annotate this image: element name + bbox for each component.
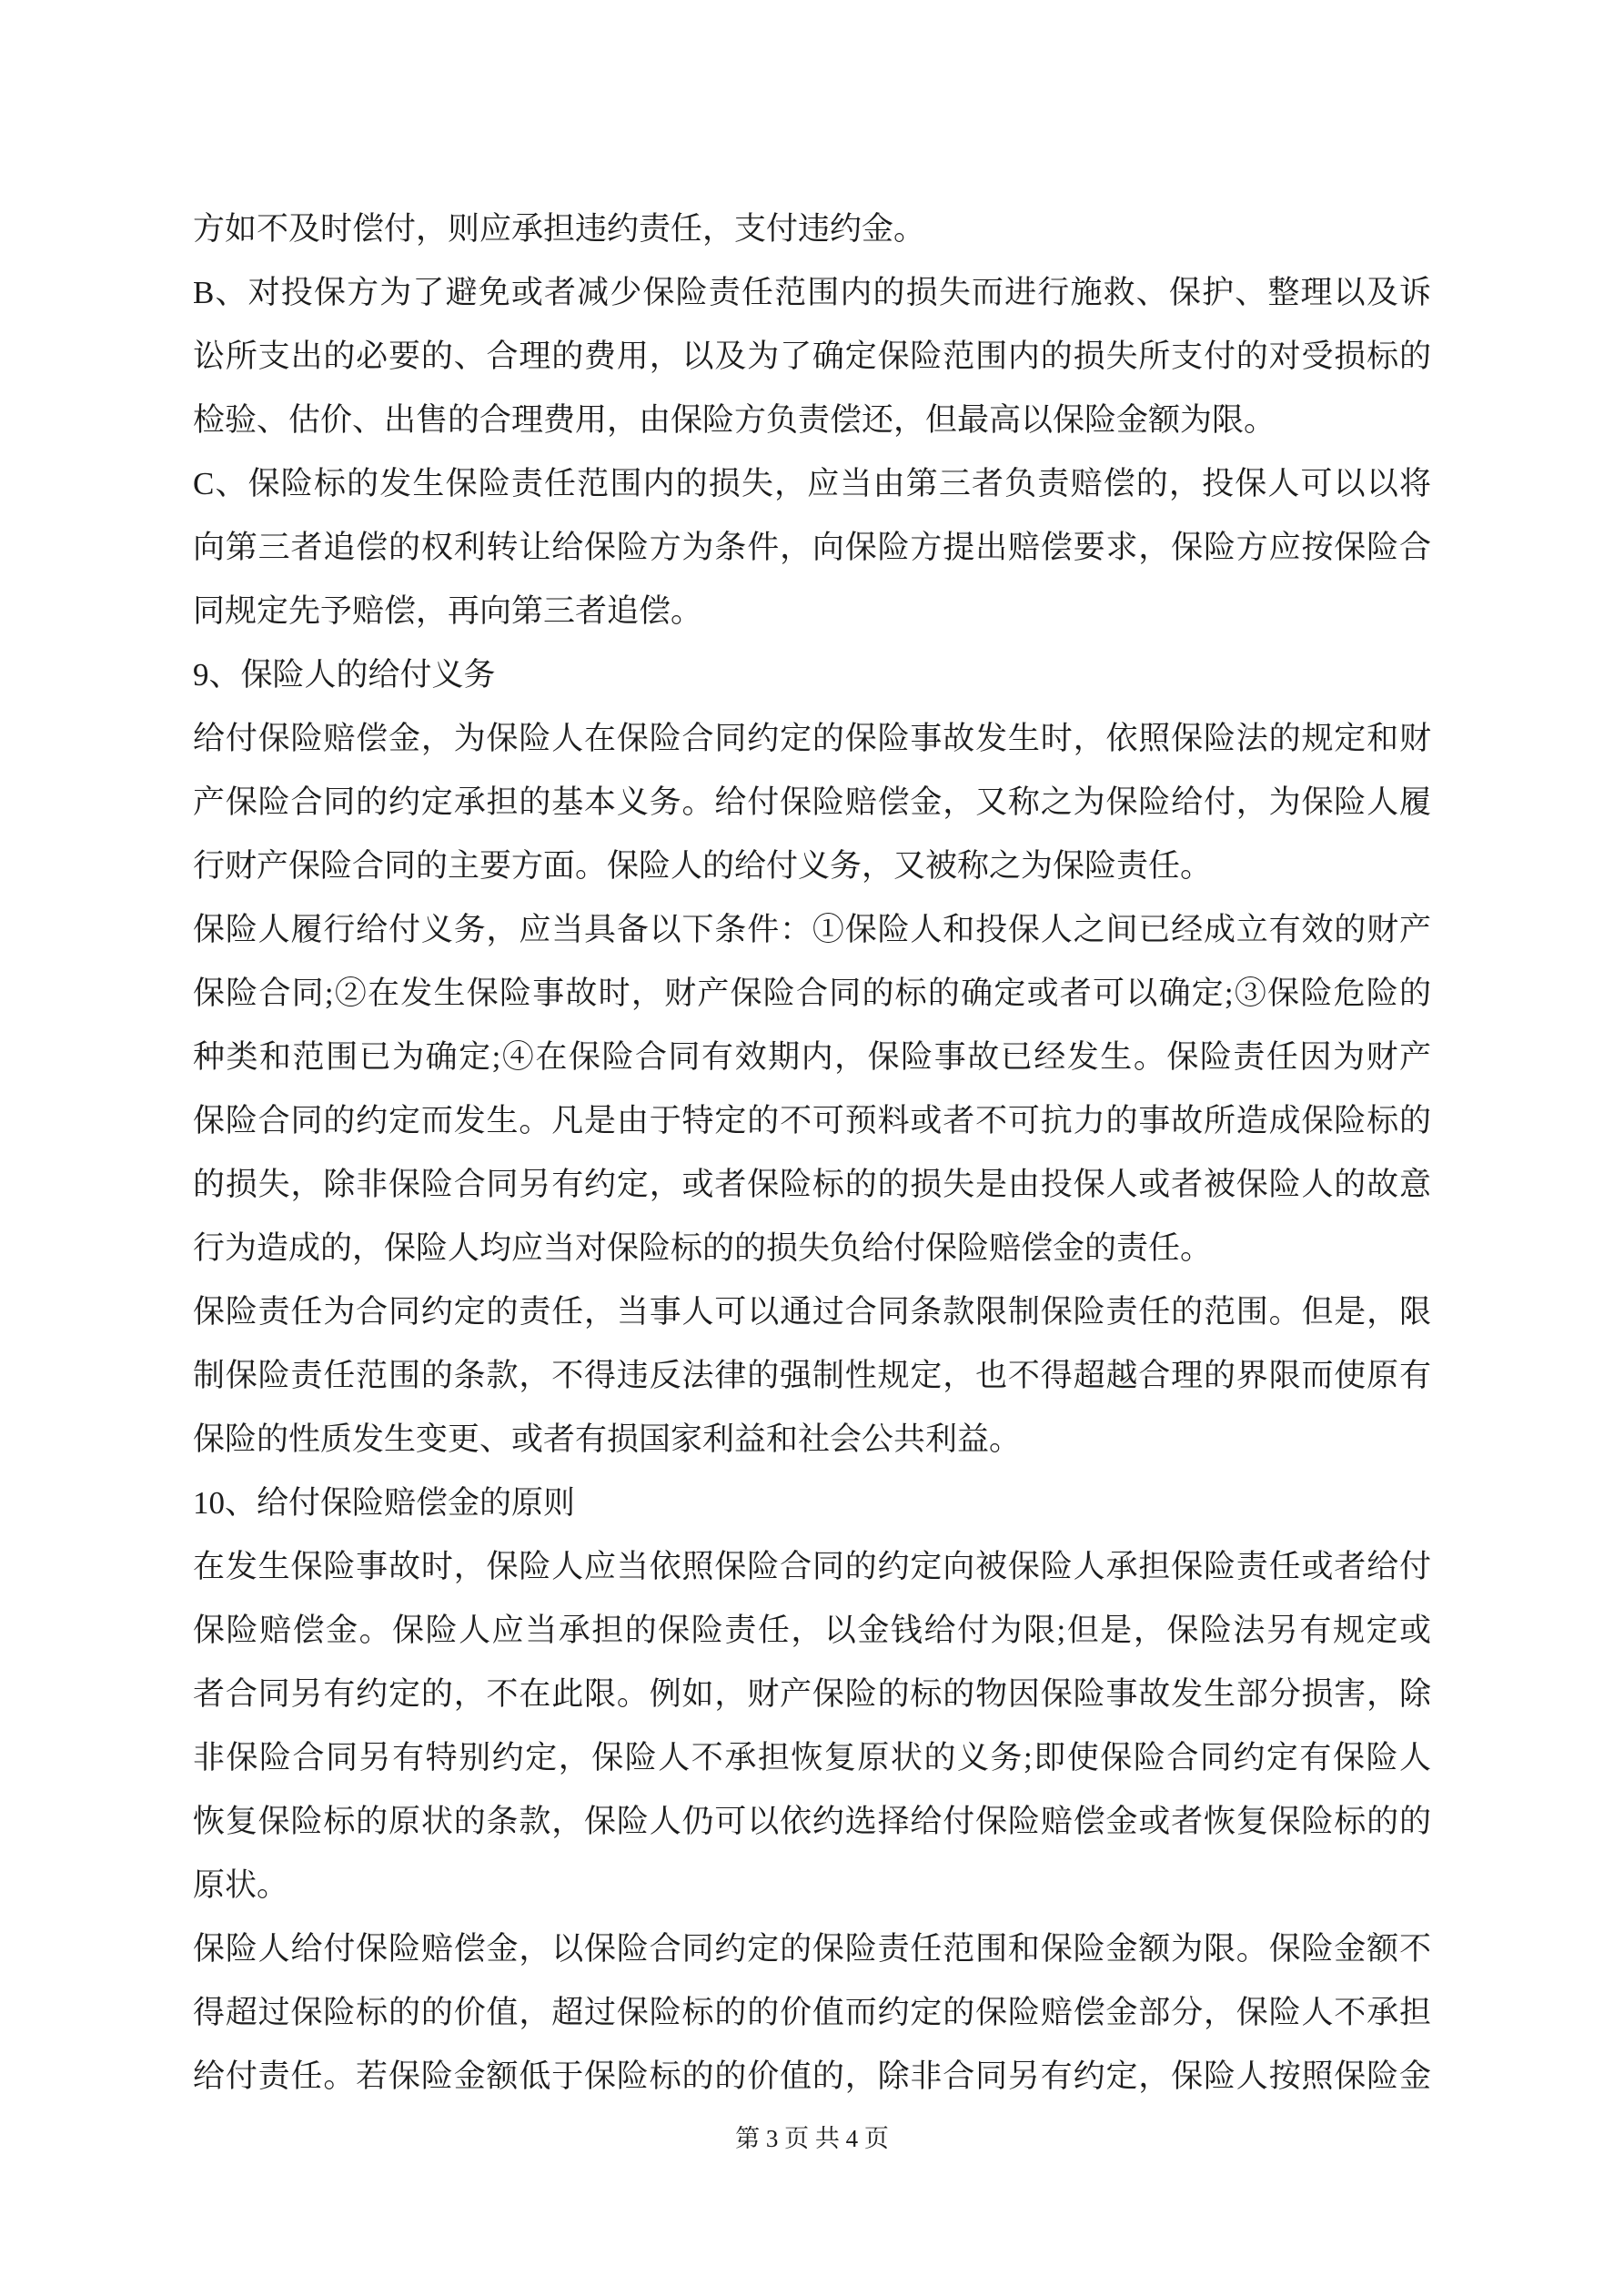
- text-line: C、保险标的发生保险责任范围内的损失，应当由第三者负责赔偿的，投保人可以以将: [193, 452, 1431, 516]
- text-line: 种类和范围已为确定;④在保险合同有效期内，保险事故已经发生。保险责任因为财产: [193, 1026, 1431, 1089]
- text-line: 行为造成的，保险人均应当对保险标的的损失负给付保险赔偿金的责任。: [193, 1217, 1431, 1280]
- text-line: 讼所支出的必要的、合理的费用，以及为了确定保险范围内的损失所支付的对受损标的: [193, 325, 1431, 389]
- text-line: 给付保险赔偿金，为保险人在保险合同约定的保险事故发生时，依照保险法的规定和财: [193, 707, 1431, 771]
- text-line: 9、保险人的给付义务: [193, 643, 1431, 707]
- text-line: 行财产保险合同的主要方面。保险人的给付义务，又被称之为保险责任。: [193, 834, 1431, 898]
- text-line: 保险责任为合同约定的责任，当事人可以通过合同条款限制保险责任的范围。但是，限: [193, 1280, 1431, 1344]
- text-line: 非保险合同另有特别约定，保险人不承担恢复原状的义务;即使保险合同约定有保险人: [193, 1726, 1431, 1790]
- text-line: 同规定先予赔偿，再向第三者追偿。: [193, 580, 1431, 643]
- text-line: 保险人给付保险赔偿金，以保险合同约定的保险责任范围和保险金额为限。保险金额不: [193, 1917, 1431, 1981]
- text-line: 检验、估价、出售的合理费用，由保险方负责偿还，但最高以保险金额为限。: [193, 389, 1431, 452]
- text-line: 恢复保险标的原状的条款，保险人仍可以依约选择给付保险赔偿金或者恢复保险标的的: [193, 1790, 1431, 1854]
- page-number-label: 第 3 页 共 4 页: [735, 2125, 889, 2152]
- text-line: 制保险责任范围的条款，不得违反法律的强制性规定，也不得超越合理的界限而使原有: [193, 1344, 1431, 1408]
- text-line: B、对投保方为了避免或者减少保险责任范围内的损失而进行施救、保护、整理以及诉: [193, 261, 1431, 325]
- document-body: 方如不及时偿付，则应承担违约责任，支付违约金。B、对投保方为了避免或者减少保险责…: [193, 197, 1431, 2109]
- text-line: 原状。: [193, 1854, 1431, 1917]
- text-line: 保险合同的约定而发生。凡是由于特定的不可预料或者不可抗力的事故所造成保险标的: [193, 1089, 1431, 1153]
- text-line: 向第三者追偿的权利转让给保险方为条件，向保险方提出赔偿要求，保险方应按保险合: [193, 516, 1431, 580]
- document-page: 方如不及时偿付，则应承担违约责任，支付违约金。B、对投保方为了避免或者减少保险责…: [0, 0, 1624, 2296]
- text-line: 保险合同;②在发生保险事故时，财产保险合同的标的确定或者可以确定;③保险危险的: [193, 962, 1431, 1026]
- page-footer: 第 3 页 共 4 页: [0, 2120, 1624, 2157]
- text-line: 保险人履行给付义务，应当具备以下条件：①保险人和投保人之间已经成立有效的财产: [193, 898, 1431, 962]
- text-line: 者合同另有约定的，不在此限。例如，财产保险的标的物因保险事故发生部分损害，除: [193, 1663, 1431, 1726]
- text-line: 保险的性质发生变更、或者有损国家利益和社会公共利益。: [193, 1408, 1431, 1472]
- text-line: 的损失，除非保险合同另有约定，或者保险标的的损失是由投保人或者被保险人的故意: [193, 1153, 1431, 1217]
- text-line: 方如不及时偿付，则应承担违约责任，支付违约金。: [193, 197, 1431, 261]
- text-line: 保险赔偿金。保险人应当承担的保险责任，以金钱给付为限;但是，保险法另有规定或: [193, 1599, 1431, 1663]
- text-line: 得超过保险标的的价值，超过保险标的的价值而约定的保险赔偿金部分，保险人不承担: [193, 1981, 1431, 2045]
- text-line: 产保险合同的约定承担的基本义务。给付保险赔偿金，又称之为保险给付，为保险人履: [193, 771, 1431, 834]
- text-line: 给付责任。若保险金额低于保险标的的价值的，除非合同另有约定，保险人按照保险金: [193, 2045, 1431, 2109]
- text-line: 在发生保险事故时，保险人应当依照保险合同的约定向被保险人承担保险责任或者给付: [193, 1535, 1431, 1599]
- text-line: 10、给付保险赔偿金的原则: [193, 1472, 1431, 1535]
